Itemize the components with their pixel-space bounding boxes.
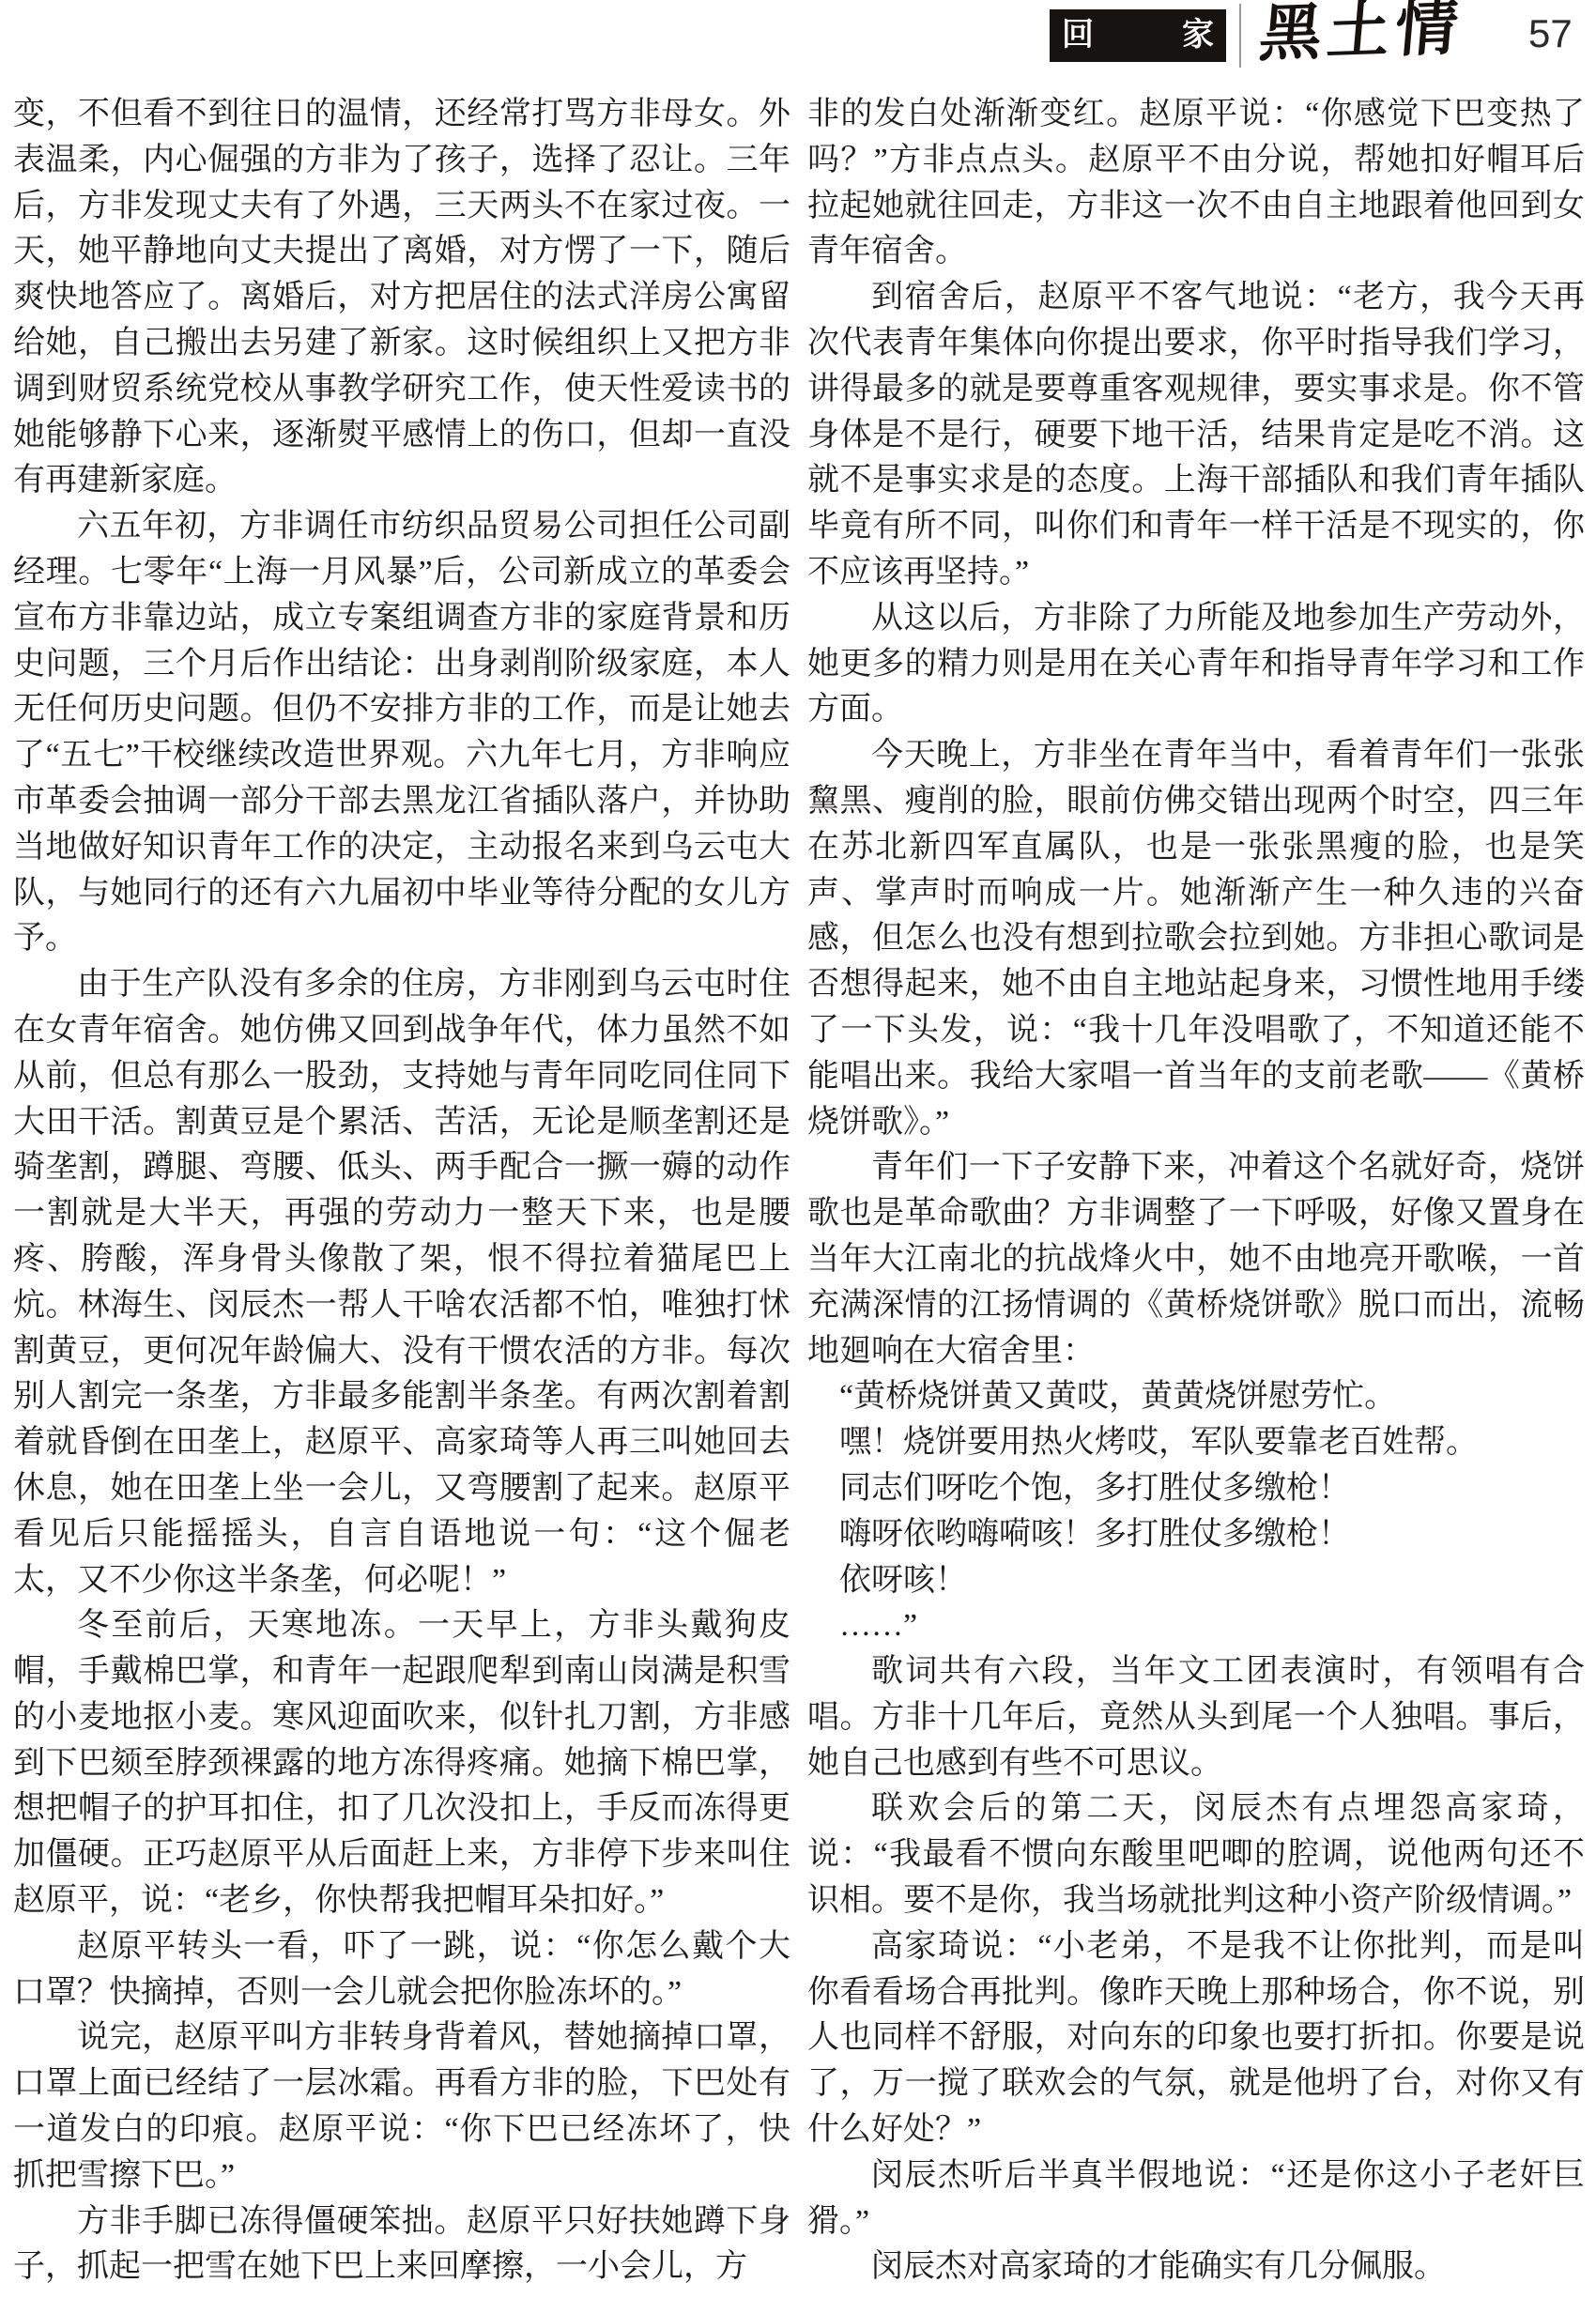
paragraph: 方非手脚已冻得僵硬笨拙。赵原平只好扶她蹲下身子，抓起一把雪在她下巴上来回摩擦，一… [13, 2199, 790, 2291]
magazine-page: 回 家 黑土情 57 变，不但看不到往日的温情，还经常打骂方非母女。外表温柔，内… [0, 0, 1596, 2298]
paragraph: 从这以后，方非除了力所能及地参加生产劳动外，她更多的精力则是用在关心青年和指导青… [807, 596, 1585, 733]
paragraph: 青年们一下子安静下来，冲着这个名就好奇，烧饼歌也是革命歌曲？方非调整了一下呼吸，… [807, 1145, 1585, 1374]
left-column: 变，不但看不到往日的温情，还经常打骂方非母女。外表温柔，内心倔强的方非为了孩子，… [13, 92, 790, 2290]
song-line: 同志们呀吃个饱，多打胜仗多缴枪！ [807, 1466, 1585, 1512]
right-column: 非的发白处渐渐变红。赵原平说：“你感觉下巴变热了吗？”方非点点头。赵原平不由分说… [807, 92, 1585, 2290]
song-line: ……” [807, 1603, 1585, 1649]
song-line: 依呀咳！ [807, 1558, 1585, 1604]
paragraph: 说完，赵原平叫方非转身背着风，替她摘掉口罩，口罩上面已经结了一层冰霜。再看方非的… [13, 2015, 790, 2198]
paragraph: 由于生产队没有多余的住房，方非刚到乌云屯时住在女青年宿舍。她仿佛又回到战争年代，… [13, 962, 790, 1603]
paragraph: 赵原平转头一看，吓了一跳，说：“你怎么戴个大口罩？快摘掉，否则一会儿就会把你脸冻… [13, 1924, 790, 2016]
paragraph: 今天晚上，方非坐在青年当中，看着青年们一张张黧黑、瘦削的脸，眼前仿佛交错出现两个… [807, 733, 1585, 1145]
section-title-box: 回 家 [1050, 9, 1226, 62]
paragraph: 歌词共有六段，当年文工团表演时，有领唱有合唱。方非十几年后，竟然从头到尾一个人独… [807, 1649, 1585, 1786]
paragraph: 联欢会后的第二天，闵辰杰有点埋怨高家琦，说：“我最看不惯向东酸里吧唧的腔调，说他… [807, 1786, 1585, 1923]
paragraph: 到宿舍后，赵原平不客气地说：“老方，我今天再次代表青年集体向你提出要求，你平时指… [807, 275, 1585, 596]
paragraph: 变，不但看不到往日的温情，还经常打骂方非母女。外表温柔，内心倔强的方非为了孩子，… [13, 92, 790, 504]
paragraph: 闵辰杰对高家琦的才能确实有几分佩服。 [807, 2244, 1585, 2290]
paragraph: 闵辰杰听后半真半假地说：“还是你这小子老奸巨猾。” [807, 2153, 1585, 2245]
page-number: 57 [1528, 11, 1573, 56]
song-line: 嘿！烧饼要用热火烤哎，军队要靠老百姓帮。 [807, 1420, 1585, 1466]
paragraph: 六五年初，方非调任市纺织品贸易公司担任公司副经理。七零年“上海一月风暴”后，公司… [13, 504, 790, 962]
section-title: 回 家 [1062, 20, 1242, 52]
paragraph: 非的发白处渐渐变红。赵原平说：“你感觉下巴变热了吗？”方非点点头。赵原平不由分说… [807, 92, 1585, 275]
paragraph: 高家琦说：“小老弟，不是我不让你批判，而是叫你看看场合再批判。像昨天晚上那种场合… [807, 1924, 1585, 2153]
song-line: “黄桥烧饼黄又黄哎，黄黄烧饼慰劳忙。 [807, 1374, 1585, 1420]
header-divider [1239, 4, 1241, 68]
paragraph: 冬至前后，天寒地冻。一天早上，方非头戴狗皮帽，手戴棉巴掌，和青年一起跟爬犁到南山… [13, 1603, 790, 1924]
magazine-logo: 黑土情 [1256, 0, 1466, 69]
song-line: 嗨呀依哟嗨嗬咳！多打胜仗多缴枪！ [807, 1512, 1585, 1558]
